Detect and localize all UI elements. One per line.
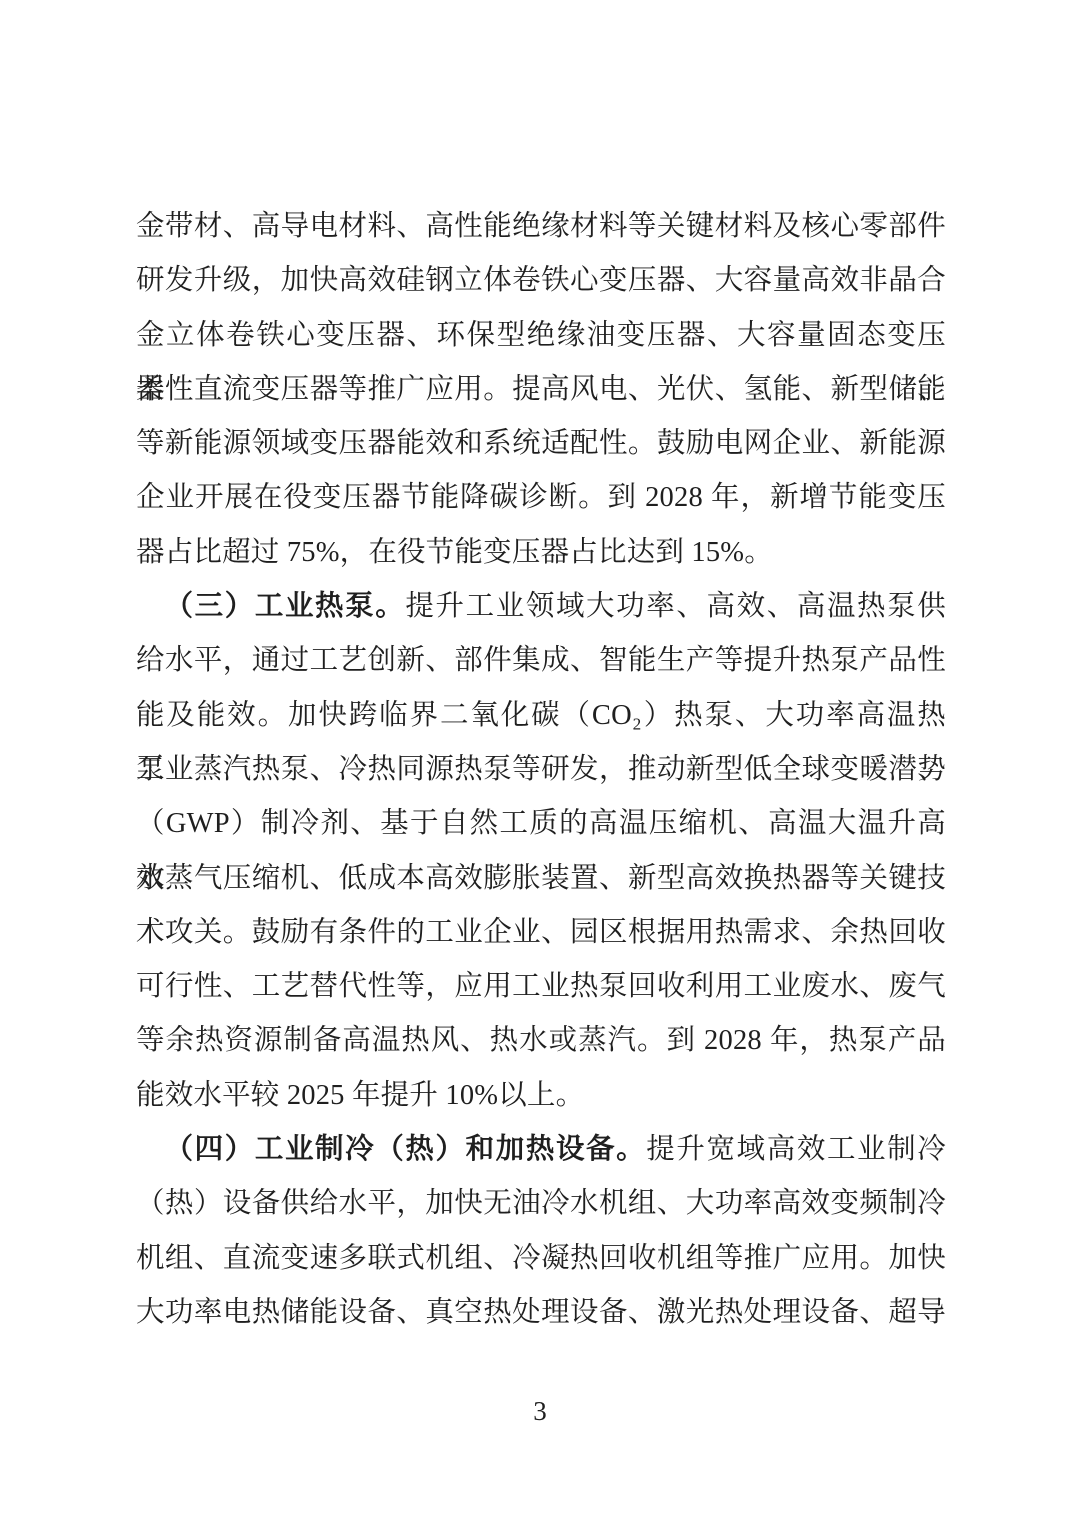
text-line: 研发升级，加快高效硅钢立体卷铁心变压器、大容量高效非晶合 <box>136 254 946 308</box>
text-line: 柔性直流变压器等推广应用。提高风电、光伏、氢能、新型储能 <box>136 363 946 417</box>
text-line: 给水平，通过工艺创新、部件集成、智能生产等提升热泵产品性 <box>136 634 946 688</box>
text-line: 等余热资源制备高温热风、热水或蒸汽。到 2028 年，热泵产品 <box>136 1014 946 1068</box>
text-line: 工业蒸汽热泵、冷热同源热泵等研发，推动新型低全球变暖潜势 <box>136 743 946 797</box>
paragraph-lead: （四）工业制冷（热）和加热设备。 <box>165 1134 647 1165</box>
paragraph-lead: （三）工业热泵。 <box>165 591 406 622</box>
text-line: 大功率电热储能设备、真空热处理设备、激光热处理设备、超导 <box>136 1286 946 1340</box>
text-segment: 金带材、高导电材料、高性能绝缘材料等关键材料及核心零部件 <box>136 211 946 242</box>
text-segment: 企业开展在役变压器节能降碳诊断。到 2028 年，新增节能变压 <box>136 482 946 513</box>
text-line: 可行性、工艺替代性等，应用工业热泵回收利用工业废水、废气 <box>136 960 946 1014</box>
text-segment: 术攻关。鼓励有条件的工业企业、园区根据用热需求、余热回收 <box>136 917 946 948</box>
text-segment: 等余热资源制备高温热风、热水或蒸汽。到 2028 年，热泵产品 <box>136 1025 946 1056</box>
text-line: 器占比超过 75%，在役节能变压器占比达到 15%。 <box>136 526 946 580</box>
text-line: （热）设备供给水平，加快无油冷水机组、大功率高效变频制冷 <box>136 1177 946 1231</box>
text-segment: 机组、直流变速多联式机组、冷凝热回收机组等推广应用。加快 <box>136 1243 946 1274</box>
text-segment: 大功率电热储能设备、真空热处理设备、激光热处理设备、超导 <box>136 1297 946 1328</box>
text-line: 水蒸气压缩机、低成本高效膨胀装置、新型高效换热器等关键技 <box>136 852 946 906</box>
text-segment: 能效水平较 2025 年提升 10%以上。 <box>136 1080 584 1111</box>
text-line: 能及能效。加快跨临界二氧化碳（CO₂）热泵、大功率高温热泵、 <box>136 689 946 743</box>
text-segment: （热）设备供给水平，加快无油冷水机组、大功率高效变频制冷 <box>136 1188 946 1219</box>
text-line: 等新能源领域变压器能效和系统适配性。鼓励电网企业、新能源 <box>136 417 946 471</box>
document-page: 金带材、高导电材料、高性能绝缘材料等关键材料及核心零部件研发升级，加快高效硅钢立… <box>0 0 1080 1527</box>
text-line: 能效水平较 2025 年提升 10%以上。 <box>136 1069 946 1123</box>
text-segment: 给水平，通过工艺创新、部件集成、智能生产等提升热泵产品性 <box>136 645 946 676</box>
text-segment: 柔性直流变压器等推广应用。提高风电、光伏、氢能、新型储能 <box>136 374 946 405</box>
text-line: （四）工业制冷（热）和加热设备。提升宽域高效工业制冷 <box>136 1123 946 1177</box>
text-segment: 可行性、工艺替代性等，应用工业热泵回收利用工业废水、废气 <box>136 971 946 1002</box>
document-body: 金带材、高导电材料、高性能绝缘材料等关键材料及核心零部件研发升级，加快高效硅钢立… <box>136 200 946 1340</box>
text-line: 术攻关。鼓励有条件的工业企业、园区根据用热需求、余热回收 <box>136 906 946 960</box>
text-line: 金带材、高导电材料、高性能绝缘材料等关键材料及核心零部件 <box>136 200 946 254</box>
text-segment: 提升宽域高效工业制冷 <box>646 1134 946 1165</box>
text-segment: 工业蒸汽热泵、冷热同源热泵等研发，推动新型低全球变暖潜势 <box>136 754 946 785</box>
text-segment: 器占比超过 75%，在役节能变压器占比达到 15%。 <box>136 537 773 568</box>
text-segment: 等新能源领域变压器能效和系统适配性。鼓励电网企业、新能源 <box>136 428 946 459</box>
text-line: 金立体卷铁心变压器、环保型绝缘油变压器、大容量固态变压器、 <box>136 309 946 363</box>
text-line: （GWP）制冷剂、基于自然工质的高温压缩机、高温大温升高效 <box>136 797 946 851</box>
text-line: 企业开展在役变压器节能降碳诊断。到 2028 年，新增节能变压 <box>136 471 946 525</box>
page-number: 3 <box>0 1396 1080 1427</box>
text-segment: 水蒸气压缩机、低成本高效膨胀装置、新型高效换热器等关键技 <box>136 863 946 894</box>
text-segment: 研发升级，加快高效硅钢立体卷铁心变压器、大容量高效非晶合 <box>136 265 946 296</box>
text-line: （三）工业热泵。提升工业领域大功率、高效、高温热泵供 <box>136 580 946 634</box>
text-segment: 提升工业领域大功率、高效、高温热泵供 <box>405 591 946 622</box>
text-line: 机组、直流变速多联式机组、冷凝热回收机组等推广应用。加快 <box>136 1232 946 1286</box>
